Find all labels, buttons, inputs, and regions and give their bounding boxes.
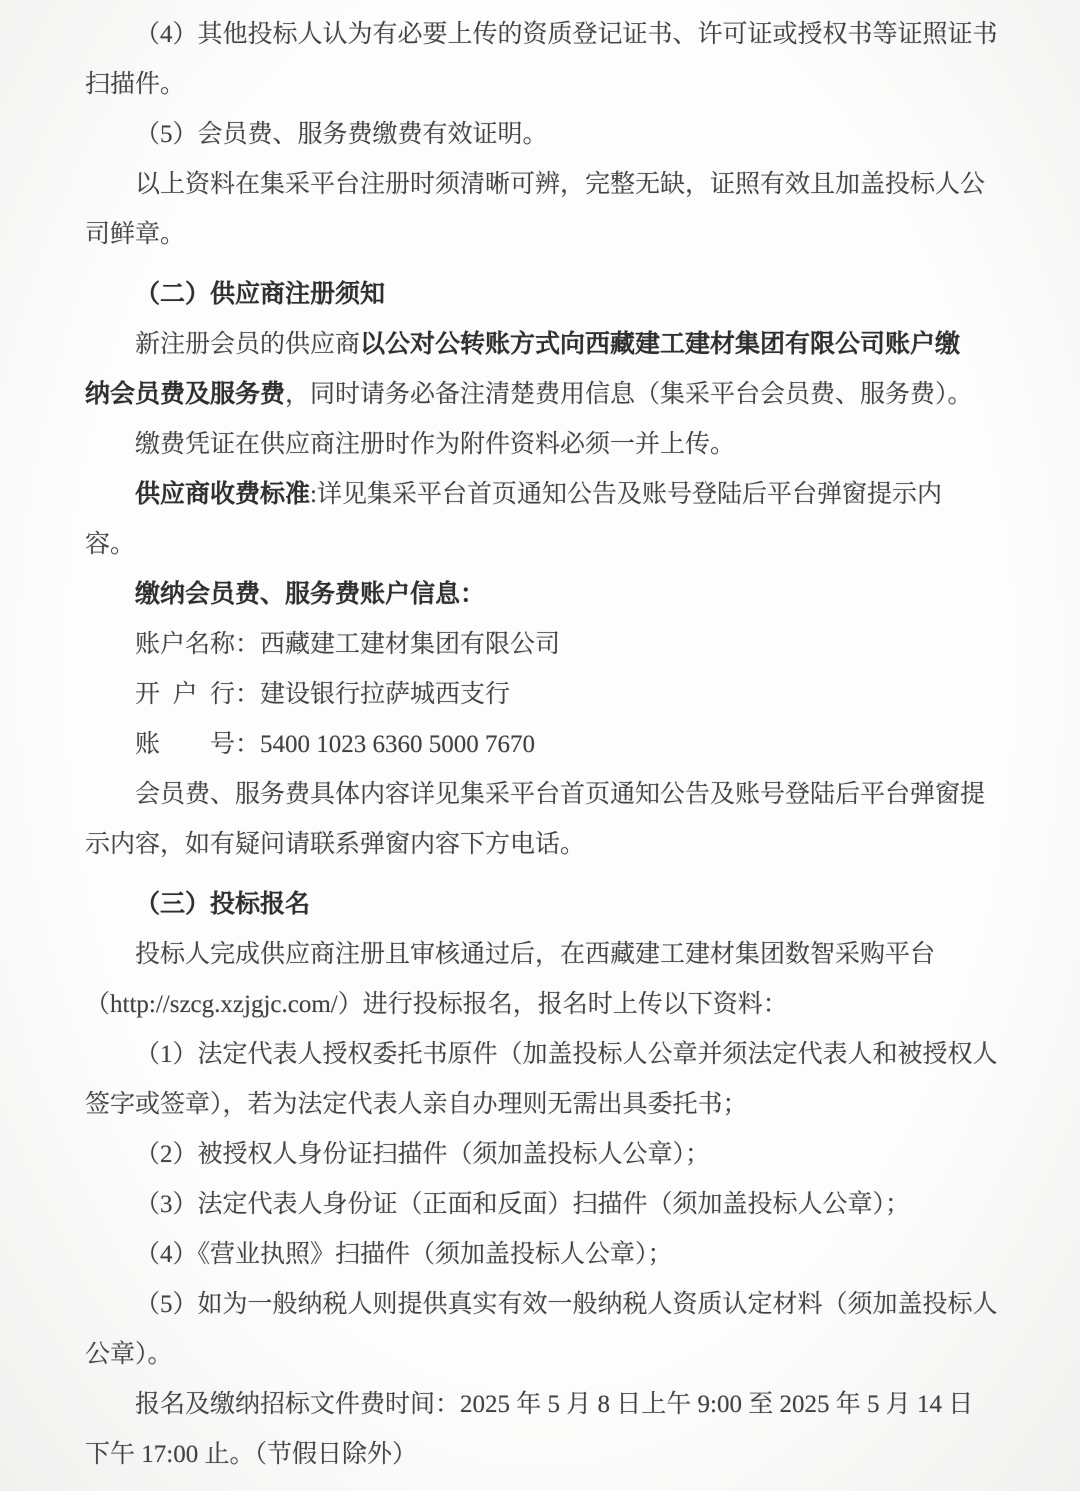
account-number-line: 账 号：5400 1023 6360 5000 7670 xyxy=(85,720,1005,770)
signup-item-1-line-1: （1）法定代表人授权委托书原件（加盖投标人公章并须法定代表人和被授权人 xyxy=(85,1030,1005,1080)
bold-text-run: 供应商收费标准 xyxy=(135,481,310,508)
list-item-4-line-2: 扫描件。 xyxy=(85,60,1005,110)
signup-item-5-line-2: 公章）。 xyxy=(85,1330,1005,1380)
materials-note-line-1: 以上资料在集采平台注册时须清晰可辨，完整无缺，证照有效且加盖投标人公 xyxy=(85,160,1005,210)
text-run: 投标人完成供应商注册且审核通过后，在西藏建工建材集团数智采购平台 xyxy=(135,941,935,968)
deadline-line-2: 下午 17:00 止。（节假日除外） xyxy=(85,1430,1005,1480)
signup-item-5-line-1: （5）如为一般纳税人则提供真实有效一般纳税人资质认定材料（须加盖投标人 xyxy=(85,1280,1005,1330)
bid-signup-line-2: （http://szcg.xzjgjc.com/）进行投标报名，报名时上传以下资… xyxy=(85,980,1005,1030)
signup-item-3: （3）法定代表人身份证（正面和反面）扫描件（须加盖投标人公章）； xyxy=(85,1180,1005,1230)
text-content: （4）其他投标人认为有必要上传的资质登记证书、许可证或授权书等证照证书扫描件。（… xyxy=(85,10,1005,1480)
bold-text-run: 以公对公转账方式向西藏建工建材集团有限公司账户缴 xyxy=(360,331,960,358)
text-run: 下午 17:00 止。（节假日除外） xyxy=(85,1441,417,1468)
text-run: （4）《营业执照》扫描件（须加盖投标人公章）； xyxy=(135,1241,673,1268)
text-run: ，同时请务必备注清楚费用信息（集采平台会员费、服务费）。 xyxy=(285,381,973,408)
text-run: （3）法定代表人身份证（正面和反面）扫描件（须加盖投标人公章）； xyxy=(135,1191,910,1218)
text-run: 以上资料在集采平台注册时须清晰可辨，完整无缺，证照有效且加盖投标人公 xyxy=(135,171,985,198)
bold-text-run: （二）供应商注册须知 xyxy=(135,281,385,308)
document-page: （4）其他投标人认为有必要上传的资质登记证书、许可证或授权书等证照证书扫描件。（… xyxy=(0,0,1080,1491)
text-run: 开 户 行：建设银行拉萨城西支行 xyxy=(135,681,510,708)
text-run: 账户名称：西藏建工建材集团有限公司 xyxy=(135,631,560,658)
text-run: 示内容，如有疑问请联系弹窗内容下方电话。 xyxy=(85,831,585,858)
text-run: （2）被授权人身份证扫描件（须加盖投标人公章）； xyxy=(135,1141,710,1168)
text-run: :详见集采平台首页通知公告及账号登陆后平台弹窗提示内 xyxy=(310,481,942,508)
text-run: （1）法定代表人授权委托书原件（加盖投标人公章并须法定代表人和被授权人 xyxy=(135,1041,998,1068)
fee-detail-line-2: 示内容，如有疑问请联系弹窗内容下方电话。 xyxy=(85,820,1005,870)
payment-voucher-line: 缴费凭证在供应商注册时作为附件资料必须一并上传。 xyxy=(85,420,1005,470)
bold-text-run: 缴纳会员费、服务费账户信息： xyxy=(135,581,485,608)
registration-line-1: 新注册会员的供应商以公对公转账方式向西藏建工建材集团有限公司账户缴 xyxy=(85,320,1005,370)
text-run: 司鲜章。 xyxy=(85,221,185,248)
account-info-heading: 缴纳会员费、服务费账户信息： xyxy=(85,570,1005,620)
list-item-5: （5）会员费、服务费缴费有效证明。 xyxy=(85,110,1005,160)
signup-item-4: （4）《营业执照》扫描件（须加盖投标人公章）； xyxy=(85,1230,1005,1280)
signup-item-1-line-2: 签字或签章），若为法定代表人亲自办理则无需出具委托书； xyxy=(85,1080,1005,1130)
signup-item-2: （2）被授权人身份证扫描件（须加盖投标人公章）； xyxy=(85,1130,1005,1180)
materials-note-line-2: 司鲜章。 xyxy=(85,210,1005,260)
text-run: 会员费、服务费具体内容详见集采平台首页通知公告及账号登陆后平台弹窗提 xyxy=(135,781,985,808)
text-run: （http://szcg.xzjgjc.com/）进行投标报名，报名时上传以下资… xyxy=(85,991,788,1018)
fee-standard-line-1: 供应商收费标准:详见集采平台首页通知公告及账号登陆后平台弹窗提示内 xyxy=(85,470,1005,520)
bold-text-run: （三）投标报名 xyxy=(135,891,310,918)
text-run: 公章）。 xyxy=(85,1341,173,1368)
text-run: 缴费凭证在供应商注册时作为附件资料必须一并上传。 xyxy=(135,431,735,458)
section-heading-2: （二）供应商注册须知 xyxy=(85,270,1005,320)
fee-detail-line-1: 会员费、服务费具体内容详见集采平台首页通知公告及账号登陆后平台弹窗提 xyxy=(85,770,1005,820)
deadline-line-1: 报名及缴纳招标文件费时间：2025 年 5 月 8 日上午 9:00 至 202… xyxy=(85,1380,1005,1430)
list-item-4-line-1: （4）其他投标人认为有必要上传的资质登记证书、许可证或授权书等证照证书 xyxy=(85,10,1005,60)
section-heading-3: （三）投标报名 xyxy=(85,880,1005,930)
bid-signup-line-1: 投标人完成供应商注册且审核通过后，在西藏建工建材集团数智采购平台 xyxy=(85,930,1005,980)
text-run: 账 号：5400 1023 6360 5000 7670 xyxy=(135,731,535,758)
text-run: （5）如为一般纳税人则提供真实有效一般纳税人资质认定材料（须加盖投标人 xyxy=(135,1291,998,1318)
bold-text-run: 纳会员费及服务费 xyxy=(85,381,285,408)
text-run: （4）其他投标人认为有必要上传的资质登记证书、许可证或授权书等证照证书 xyxy=(135,21,998,48)
fee-standard-line-2: 容。 xyxy=(85,520,1005,570)
text-run: 新注册会员的供应商 xyxy=(135,331,360,358)
text-run: 容。 xyxy=(85,531,135,558)
text-run: 扫描件。 xyxy=(85,71,185,98)
bank-line: 开 户 行：建设银行拉萨城西支行 xyxy=(85,670,1005,720)
text-run: （5）会员费、服务费缴费有效证明。 xyxy=(135,121,548,148)
text-run: 报名及缴纳招标文件费时间：2025 年 5 月 8 日上午 9:00 至 202… xyxy=(135,1391,973,1418)
account-name-line: 账户名称：西藏建工建材集团有限公司 xyxy=(85,620,1005,670)
registration-line-2: 纳会员费及服务费，同时请务必备注清楚费用信息（集采平台会员费、服务费）。 xyxy=(85,370,1005,420)
text-run: 签字或签章），若为法定代表人亲自办理则无需出具委托书； xyxy=(85,1091,748,1118)
